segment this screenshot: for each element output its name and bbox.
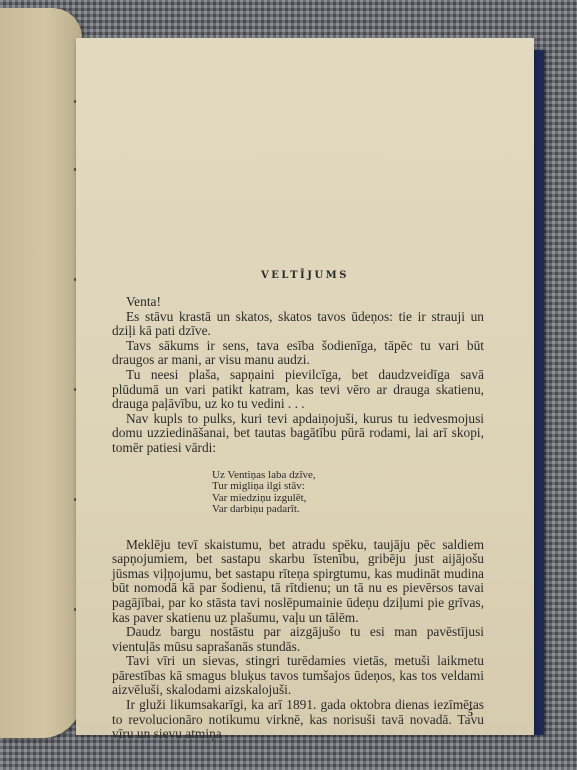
paragraph: Daudz bargu nostāstu par aizgājušo tu es… [112,625,484,654]
paragraph: Es stāvu krastā un skatos, skatos tavos … [112,310,484,339]
paragraph: Tavi vīri un sievas, stingri turēdamies … [112,654,484,698]
verse-line: Tur migliņa ilgi stāv: [212,481,484,493]
body-text: Venta! Es stāvu krastā un skatos, skatos… [112,295,484,742]
folk-verse: Uz Ventiņas laba dzīve, Tur migliņa ilgi… [212,470,484,516]
right-page: VELTĪJUMS Venta! Es stāvu krastā un skat… [76,38,534,735]
verse-line: Var darbiņu padarīt. [212,504,484,516]
paragraph: Tavs sākums ir sens, tava esība šodienīg… [112,339,484,368]
page-title: VELTĪJUMS [76,270,534,281]
left-page [0,8,82,738]
paragraph: Ir gluži likumsakarīgi, ka arī 1891. gad… [112,698,484,742]
paragraph: Tu neesi plaša, sapņaini pievilcīga, bet… [112,368,484,412]
paragraph: Nav kupls to pulks, kuri tevi apdaiņojuš… [112,412,484,456]
page-number: 5 [468,708,473,719]
paragraph: Venta! [112,295,484,310]
paragraph: Meklēju tevī skaistumu, bet atradu spēku… [112,538,484,626]
